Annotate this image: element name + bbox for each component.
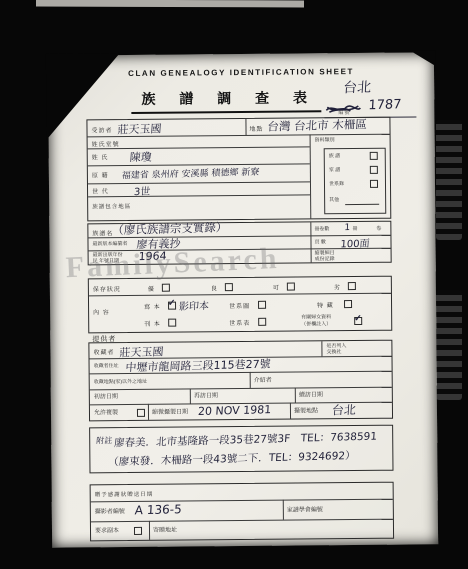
manuscript-label: 寫 本 [144, 302, 161, 311]
generations-value: 3世 [134, 183, 151, 198]
manuscript-checkbox: ✓ [168, 302, 176, 310]
check-icon: ✓ [354, 313, 362, 324]
place-label: 地點 [249, 124, 263, 133]
microfilm-frame: CLAN GENEALOGY IDENTIFICATION SHEET 族 譜 … [0, 0, 468, 569]
table-label: 世系表 [229, 318, 250, 327]
send-label: 寄贈地址 [153, 528, 177, 534]
other-address-label: 收藏地點(家)以外之地址 [94, 379, 147, 385]
film-place-label: 攝製地點 [294, 408, 318, 414]
office-section: 贈予感謝狀贈送日期 攝影者編號 A 136-5 家譜學會編號 要求副本 寄贈地址 [90, 482, 394, 542]
condition-fair-checkbox [287, 283, 295, 291]
condition-good: 良 [211, 283, 218, 292]
manuscript-note: 影印本 [179, 297, 210, 313]
owner-label: 收藏者 [93, 347, 114, 356]
film-place-value: 台北 [331, 401, 356, 419]
special-checkbox [344, 300, 352, 308]
chart-checkbox [258, 301, 266, 309]
volumes-unit2: 卷 [376, 226, 381, 232]
table-checkbox [258, 318, 266, 326]
women-label-2: （併欄註入） [301, 321, 331, 327]
origin-value: 福建省 泉州府 安溪縣 積德鄉 新寮 [121, 165, 259, 182]
origin-label: 原 籍 [92, 170, 109, 179]
visit1-label: 初訪日期 [94, 394, 118, 400]
print-checkbox [168, 319, 176, 327]
check-icon: ✓ [168, 298, 176, 309]
category-option-zupu: 族 譜 [329, 153, 340, 159]
society-label: 家譜學會編號 [287, 507, 323, 513]
remark-section: 附註 廖春美．北市基隆路一段35巷27號3F TEL：7638591 （廖束發．… [89, 425, 393, 474]
visit2-label: 再訪日期 [194, 393, 218, 399]
pages-value: 100面 [340, 235, 370, 251]
chart-label: 世系圖 [229, 301, 250, 310]
visit3-label: 續訪日期 [299, 392, 323, 398]
torn-corner-topright [410, 50, 436, 66]
remark-label: 附註 [96, 435, 113, 446]
seal-watermark-bottom [436, 290, 462, 400]
photographer-number: A 136-5 [134, 502, 182, 517]
category-shixilu: 世系錄 [329, 181, 344, 187]
category-jiapu-checkbox [370, 166, 378, 174]
condition-poor-checkbox [348, 282, 356, 290]
remark-line2: （廖束發．木柵路一段43號二下．TEL：9324692） [108, 448, 356, 469]
print-label: 刊 本 [144, 319, 161, 328]
remark-line1: 廖春美．北市基隆路一段35巷27號3F TEL：7638591 [114, 429, 378, 451]
volumes-label: 冊卷數 [314, 226, 329, 232]
category-panel: 族 譜 家 譜 世系錄 其他 [324, 148, 387, 215]
photographer-label: 攝影者編號 [95, 509, 125, 515]
category-other-label: 其他 [329, 197, 339, 203]
seal-watermark-top [436, 120, 462, 240]
micro-label-2: 成份記錄 [315, 256, 335, 262]
permit-label: 允許複製 [94, 410, 118, 416]
genealogy-title-label: 族譜名 [92, 228, 113, 237]
thanks-label: 贈予感謝狀贈送日期 [95, 490, 154, 499]
category-zupu-checkbox [370, 152, 378, 160]
condition-section: 保存狀況 優 良 可 劣 內 容 寫 本 ✓ 影印本 刊 本 世系圖 世系表 特… [88, 276, 392, 334]
copy-label: 要求副本 [95, 528, 119, 534]
compiler-label: 最新版本編纂者 [92, 241, 127, 247]
condition-excellent-checkbox [162, 284, 170, 292]
condition-poor: 劣 [334, 282, 341, 291]
generations-label: 世 代 [92, 186, 109, 195]
surname-value: 陳瓊 [129, 149, 152, 166]
category-shixilu-checkbox [370, 180, 378, 188]
annotation-number-label: 編號 [338, 109, 350, 116]
film-date-value: 20 NOV 1981 [198, 403, 272, 418]
area-label: 族譜包含地區 [92, 202, 131, 210]
interviewee-label: 受訪者 [91, 125, 112, 134]
annotation-city: 台北 [343, 77, 372, 98]
condition-good-checkbox [225, 283, 233, 291]
listed-label-2: 交換社 [326, 349, 341, 355]
permit-checkbox [137, 409, 145, 417]
hall-label: 姓氏堂號 [92, 139, 120, 148]
provider-section: 收藏者 莊天玉國 是否列入 交換社 收藏者住址 中壢市龍岡路三段115巷27號 … [88, 340, 393, 422]
category-other-line [345, 204, 379, 205]
content-label: 內 容 [93, 307, 110, 316]
annotation-number: 1787 [368, 97, 402, 113]
scanned-form-page: CLAN GENEALOGY IDENTIFICATION SHEET 族 譜 … [48, 52, 438, 547]
volumes-value: 1 [344, 223, 350, 233]
place-value: 台灣 台北市 木柵區 [267, 116, 367, 135]
volumes-unit1: 冊 [352, 226, 357, 232]
address-label: 收藏者住址 [94, 363, 119, 369]
special-label: 特 藏 [317, 300, 334, 309]
condition-excellent: 優 [148, 284, 155, 293]
condition-fair: 可 [273, 283, 280, 292]
copy-checkbox [134, 527, 142, 535]
film-edge-strip [36, 0, 304, 7]
pages-label: 頁 數 [314, 239, 325, 245]
category-jiapu: 家 譜 [329, 167, 340, 173]
annotation-number-line: 編號 1787 [324, 100, 416, 118]
women-label-1: 有關婦女資料 [301, 314, 331, 320]
interviewee-value: 莊天玉國 [117, 120, 162, 137]
introducer-label: 介紹者 [254, 378, 272, 384]
condition-label: 保存狀況 [93, 284, 121, 293]
surname-label: 姓 氏 [92, 152, 109, 161]
women-checkbox: ✓ [354, 317, 362, 325]
film-date-label: 縮微攝製日期 [152, 409, 188, 415]
identity-section: 受訪者 莊天玉國 地點 台灣 台北市 木柵區 姓氏堂號 姓 氏 陳瓊 原 籍 福… [86, 117, 391, 222]
category-label: 資料類別 [315, 137, 335, 143]
